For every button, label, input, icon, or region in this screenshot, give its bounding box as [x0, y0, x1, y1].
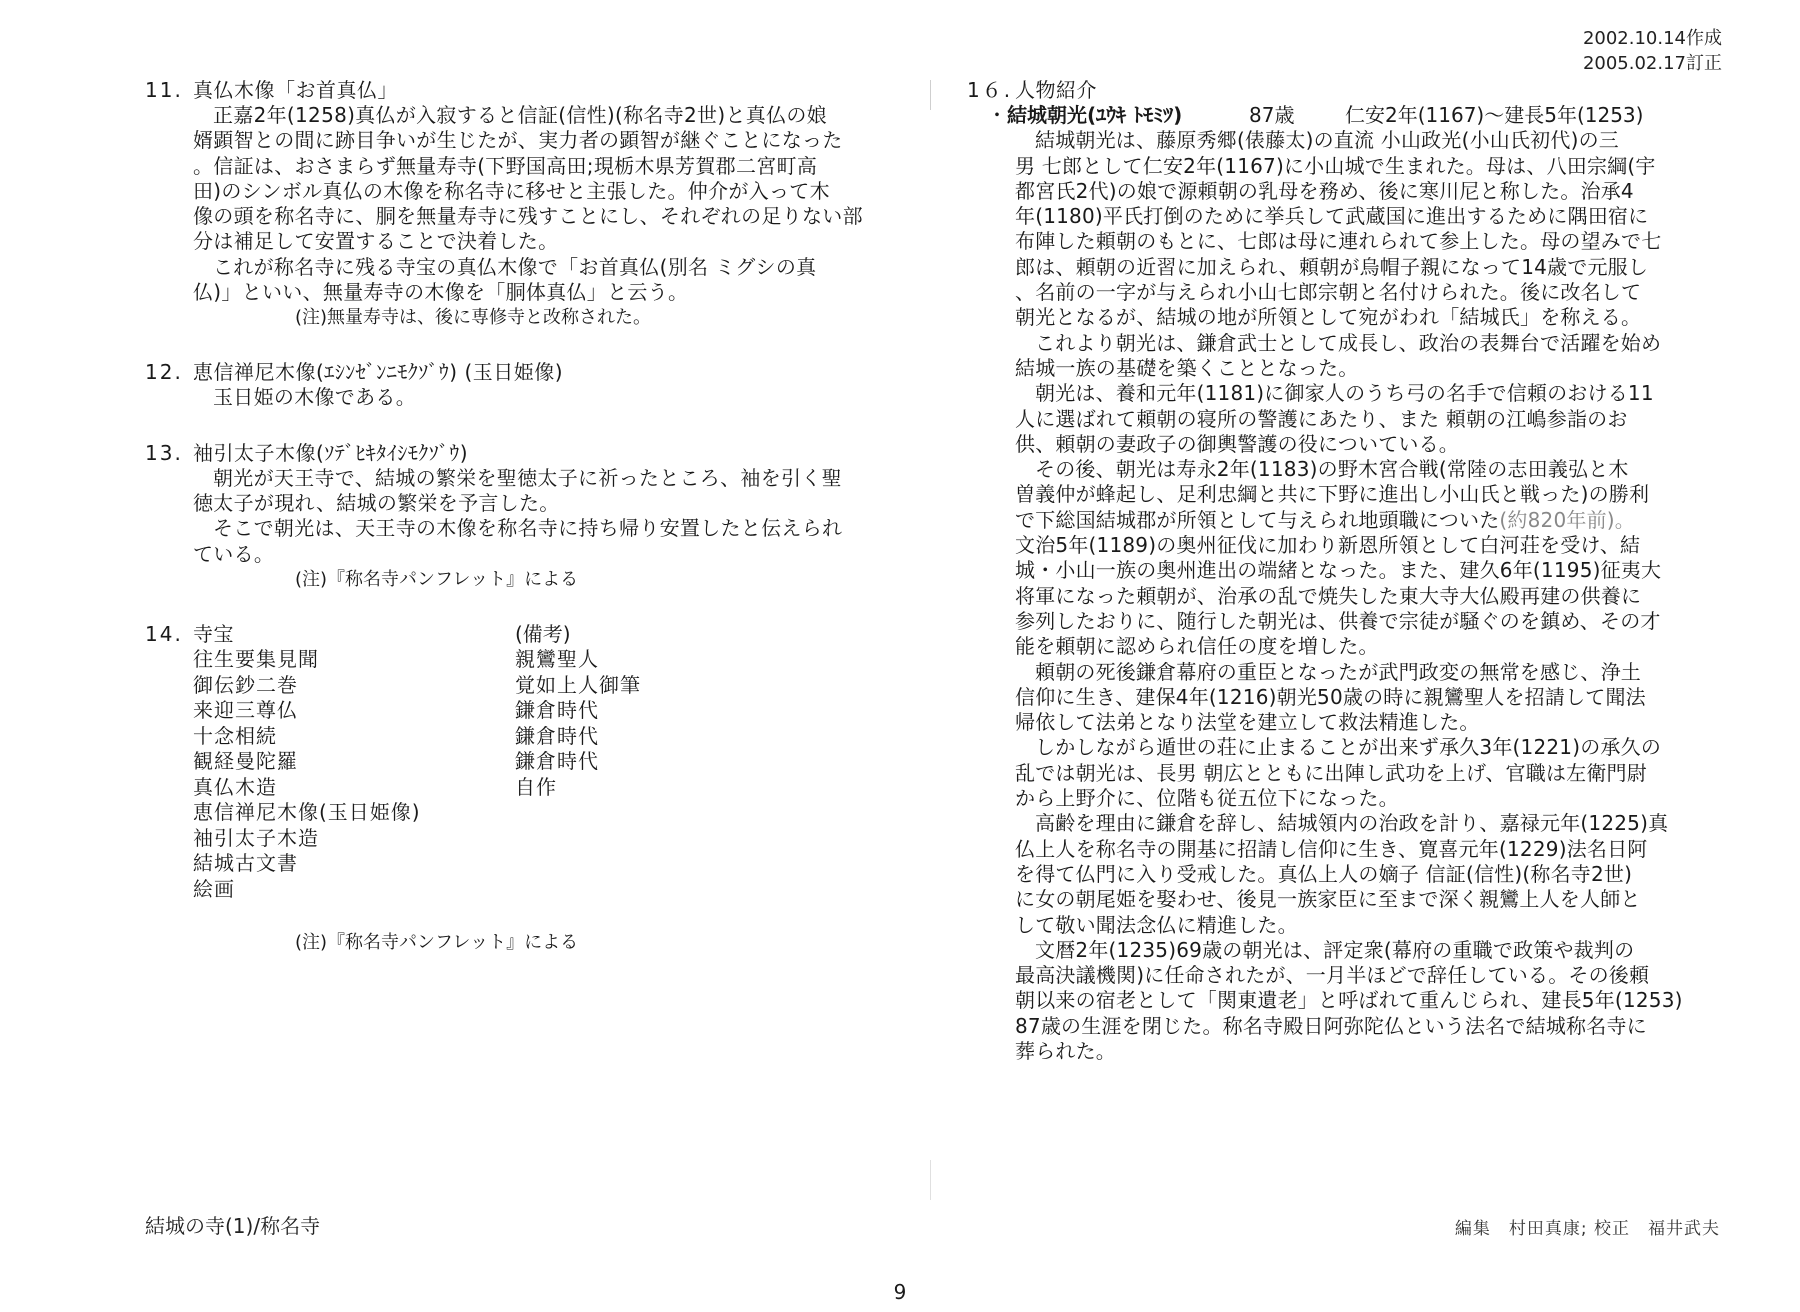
faded-annotation: (約820年前)。	[1499, 508, 1635, 532]
section-note: (注)『称名寺パンフレット』による	[145, 567, 925, 592]
section-number: 11.	[145, 78, 193, 103]
text-line: その後、朝光は寿永2年(1183)の野木宮合戦(常陸の志田義弘と木	[1015, 457, 1727, 482]
section-heading: 12.恵信禅尼木像(ｴｼﾝｾﾞﾝﾆﾓｸｿﾞｳ) (玉日姫像)	[145, 360, 925, 385]
treasure-name: 往生要集見聞	[193, 647, 515, 673]
text-line: 城・小山一族の奥州進出の端緒となった。また、建久6年(1195)征夷大	[1015, 558, 1727, 583]
created-date: 2002.10.14作成	[1583, 26, 1722, 51]
person-name: 結城朝光(ﾕｳｷ ﾄﾓﾐﾂ)	[1007, 103, 1249, 128]
treasure-remark	[515, 851, 765, 877]
text-line: から上野介に、位階も従五位下になった。	[1015, 786, 1727, 811]
text-line: これより朝光は、鎌倉武士として成長し、政治の表舞台で活躍を始め	[1015, 331, 1727, 356]
text-line: 87歳の生涯を閉じた。称名寺殿日阿弥陀仏という法名で結城称名寺に	[1015, 1014, 1727, 1039]
person-age: 87歳	[1249, 103, 1345, 128]
text-line: 田)のシンボル真仏の木像を称名寺に移せと主張した。仲介が入って木	[193, 179, 925, 204]
text-line: 仏)」といい、無量寿寺の木像を「胴体真仏」と云う。	[193, 280, 925, 305]
text-line: 朝光は、養和元年(1181)に御家人のうち弓の名手で信頼のおける11	[1015, 381, 1727, 406]
treasure-remark: 鎌倉時代	[515, 724, 765, 750]
text-line: 曽義仲が蜂起し、足利忠綱と共に下野に進出し小山氏と戦った)の勝利	[1015, 482, 1727, 507]
revised-date: 2005.02.17訂正	[1583, 51, 1722, 76]
page-number: 9	[0, 1280, 1800, 1304]
text-line: 正嘉2年(1258)真仏が入寂すると信証(信性)(称名寺2世)と真仏の娘	[193, 103, 925, 128]
section-number: 14.	[145, 622, 193, 647]
treasure-remark	[515, 800, 765, 826]
section-body: 正嘉2年(1258)真仏が入寂すると信証(信性)(称名寺2世)と真仏の娘 婿顕智…	[145, 103, 925, 305]
text-line: 参列したおりに、随行した朝光は、供養で宗徒が騒ぐのを鎮め、その才	[1015, 609, 1727, 634]
text-line: 都宮氏2代)の娘で源頼朝の乳母を務め、後に寒川尼と称した。治承4	[1015, 179, 1727, 204]
text-line: 頼朝の死後鎌倉幕府の重臣となったが武門政変の無常を感じ、浄土	[1015, 660, 1727, 685]
treasure-name: 御伝鈔二巻	[193, 673, 515, 699]
section-number: 1６.	[967, 78, 1015, 103]
treasure-table: 往生要集見聞 親鸞聖人 御伝鈔二巻 覚如上人御筆 来迎三尊仏 鎌倉時代 十念相続…	[145, 647, 925, 902]
document-dates: 2002.10.14作成 2005.02.17訂正	[1583, 26, 1722, 76]
text-line: 将軍になった頼朝が、治承の乱で焼失した東大寺大仏殿再建の供養に	[1015, 584, 1727, 609]
remarks-header: (備考)	[515, 622, 765, 648]
text-line: 仏上人を称名寺の開基に招請し信仰に生き、寛喜元年(1229)法名日阿	[1015, 837, 1727, 862]
treasure-name: 真仏木造	[193, 775, 515, 801]
text-line: 分は補足して安置することで決着した。	[193, 229, 925, 254]
person-summary: ・ 結城朝光(ﾕｳｷ ﾄﾓﾐﾂ) 87歳 仁安2年(1167)～建長5年(125…	[967, 103, 1727, 128]
section-note: (注)無量寿寺は、後に専修寺と改称された。	[145, 305, 925, 330]
text-line: 、名前の一字が与えられ小山七郎宗朝と名付けられた。後に改名して	[1015, 280, 1727, 305]
text-line: を得て仏門に入り受戒した。真仏上人の嫡子 信証(信性)(称名寺2世)	[1015, 862, 1727, 887]
text-line: 能を頼朝に認められ信任の度を増した。	[1015, 634, 1727, 659]
text-line: 信仰に生き、建保4年(1216)朝光50歳の時に親鸞聖人を招請して聞法	[1015, 685, 1727, 710]
text-line: 玉日姫の木像である。	[193, 385, 925, 410]
text-line: 最高決議機関)に任命されたが、一月半ほどで辞任している。その後頼	[1015, 963, 1727, 988]
left-page: 11.真仏木像「お首真仏」 正嘉2年(1258)真仏が入寂すると信証(信性)(称…	[145, 78, 925, 955]
section-12: 12.恵信禅尼木像(ｴｼﾝｾﾞﾝﾆﾓｸｿﾞｳ) (玉日姫像) 玉日姫の木像である…	[145, 360, 925, 410]
section-note: (注)『称名寺パンフレット』による	[145, 930, 925, 955]
text-line: 像の頭を称名寺に、胴を無量寿寺に残すことにし、それぞれの足りない部	[193, 204, 925, 229]
section-heading: 13.袖引太子木像(ｿﾃﾞﾋｷﾀｲｼﾓｸｿﾞｳ)	[145, 441, 925, 466]
section-title: 恵信禅尼木像(ｴｼﾝｾﾞﾝﾆﾓｸｿﾞｳ) (玉日姫像)	[193, 360, 563, 384]
text-line: 結城一族の基礎を築くこととなった。	[1015, 356, 1727, 381]
treasure-name: 絵画	[193, 877, 515, 903]
section-title: 真仏木像「お首真仏」	[193, 78, 398, 102]
right-page: 1６.人物紹介 ・ 結城朝光(ﾕｳｷ ﾄﾓﾐﾂ) 87歳 仁安2年(1167)～…	[967, 78, 1727, 1064]
text-line: 高齢を理由に鎌倉を辞し、結城領内の治政を計り、嘉禄元年(1225)真	[1015, 811, 1727, 836]
text-line: に女の朝尾姫を娶わせ、後見一族家臣に至まで深く親鸞上人を人師と	[1015, 887, 1727, 912]
treasure-name: 結城古文書	[193, 851, 515, 877]
text-line: これが称名寺に残る寺宝の真仏木像で「お首真仏(別名 ミグシの真	[193, 255, 925, 280]
text-line: で下総国結城郡が所領として与えられ地頭職についた	[1015, 508, 1499, 532]
text-line: 布陣した頼朝のもとに、七郎は母に連れられて参上した。母の望みで七	[1015, 229, 1727, 254]
treasure-name: 恵信禅尼木像(玉日姫像)	[193, 800, 515, 826]
text-line: ている。	[193, 542, 925, 567]
text-line: 文暦2年(1235)69歳の朝光は、評定衆(幕府の重職で政策や裁判の	[1015, 938, 1727, 963]
text-line: 帰依して法弟となり法堂を建立して救法精進した。	[1015, 710, 1727, 735]
treasure-name: 十念相続	[193, 724, 515, 750]
treasure-remark: 親鸞聖人	[515, 647, 765, 673]
section-number: 13.	[145, 441, 193, 466]
section-body: 朝光が天王寺で、結城の繁栄を聖徳太子に祈ったところ、袖を引く聖 徳太子が現れ、結…	[145, 466, 925, 567]
section-11: 11.真仏木像「お首真仏」 正嘉2年(1258)真仏が入寂すると信証(信性)(称…	[145, 78, 925, 330]
footer-credits: 編集 村田真康; 校正 福井武夫	[1455, 1214, 1720, 1239]
page-divider	[930, 80, 931, 110]
text-line: 。信証は、おさまらず無量寿寺(下野国高田;現栃木県芳賀郡二宮町高	[193, 154, 925, 179]
text-line: 文治5年(1189)の奥州征伐に加わり新恩所領として白河荘を受け、結	[1015, 533, 1727, 558]
section-number: 12.	[145, 360, 193, 385]
treasure-name: 来迎三尊仏	[193, 698, 515, 724]
section-13: 13.袖引太子木像(ｿﾃﾞﾋｷﾀｲｼﾓｸｿﾞｳ) 朝光が天王寺で、結城の繁栄を聖…	[145, 441, 925, 592]
text-line: 郎は、頼朝の近習に加えられ、頼朝が烏帽子親になって14歳で元服し	[1015, 255, 1727, 280]
text-line: 朝光となるが、結城の地が所領として宛がわれ「結城氏」を称える。	[1015, 305, 1727, 330]
treasure-remark: 鎌倉時代	[515, 698, 765, 724]
text-line: 男 七郎として仁安2年(1167)に小山城で生まれた。母は、八田宗綱(宇	[1015, 154, 1727, 179]
bullet: ・	[987, 103, 1007, 128]
text-line: して敬い聞法念仏に精進した。	[1015, 913, 1727, 938]
text-line: 徳太子が現れ、結城の繁栄を予言した。	[193, 491, 925, 516]
text-line: 婿顕智との間に跡目争いが生じたが、実力者の顕智が継ぐことになった	[193, 128, 925, 153]
section-heading: 1６.人物紹介	[967, 78, 1727, 103]
section-title: 寺宝	[193, 622, 234, 646]
text-line-with-annotation: で下総国結城郡が所領として与えられ地頭職についた(約820年前)。	[1015, 508, 1727, 533]
text-line: しかしながら遁世の荘に止まることが出来ず承久3年(1221)の承久の	[1015, 735, 1727, 760]
text-line: 供、頼朝の妻政子の御輿警護の役についている。	[1015, 432, 1727, 457]
text-line: 人に選ばれて頼朝の寝所の警護にあたり、また 頼朝の江嶋参詣のお	[1015, 407, 1727, 432]
text-line: そこで朝光は、天王寺の木像を称名寺に持ち帰り安置したと伝えられ	[193, 516, 925, 541]
treasure-remark: 鎌倉時代	[515, 749, 765, 775]
section-heading: 11.真仏木像「お首真仏」	[145, 78, 925, 103]
treasure-remark	[515, 826, 765, 852]
treasure-remark: 覚如上人御筆	[515, 673, 765, 699]
treasure-name: 観経曼陀羅	[193, 749, 515, 775]
text-line: 朝以来の宿老として「関東遺老」と呼ばれて重んじられ、建長5年(1253)	[1015, 988, 1727, 1013]
text-line: 年(1180)平氏打倒のために挙兵して武蔵国に進出するために隅田宿に	[1015, 204, 1727, 229]
treasure-remark	[515, 877, 765, 903]
treasure-name: 袖引太子木造	[193, 826, 515, 852]
footer-title: 結城の寺(1)/称名寺	[145, 1210, 320, 1239]
section-title: 袖引太子木像(ｿﾃﾞﾋｷﾀｲｼﾓｸｿﾞｳ)	[193, 441, 468, 465]
section-14: 14.寺宝 (備考) 往生要集見聞 親鸞聖人 御伝鈔二巻 覚如上人御筆 来迎三尊…	[145, 622, 925, 956]
person-lifespan: 仁安2年(1167)～建長5年(1253)	[1345, 103, 1643, 128]
section-title: 人物紹介	[1015, 78, 1097, 102]
biography-text: 結城朝光は、藤原秀郷(俵藤太)の直流 小山政光(小山氏初代)の三 男 七郎として…	[967, 128, 1727, 1064]
page-divider	[930, 1160, 931, 1200]
section-heading: 14.寺宝 (備考)	[145, 622, 925, 648]
text-line: 朝光が天王寺で、結城の繁栄を聖徳太子に祈ったところ、袖を引く聖	[193, 466, 925, 491]
text-line: 結城朝光は、藤原秀郷(俵藤太)の直流 小山政光(小山氏初代)の三	[1015, 128, 1727, 153]
section-body: 玉日姫の木像である。	[145, 385, 925, 410]
text-line: 乱では朝光は、長男 朝広とともに出陣し武功を上げ、官職は左衛門尉	[1015, 761, 1727, 786]
text-line: 葬られた。	[1015, 1039, 1727, 1064]
treasure-remark: 自作	[515, 775, 765, 801]
